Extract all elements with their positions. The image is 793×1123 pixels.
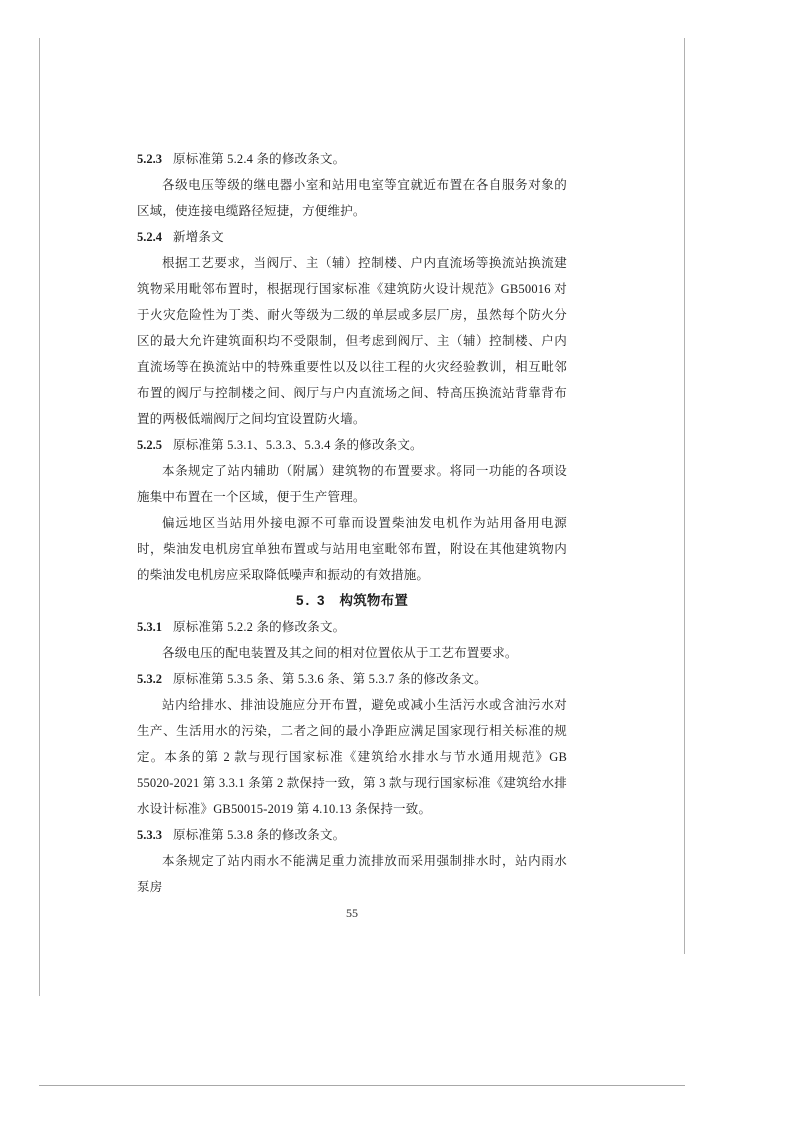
clause-5-2-4: 5.2.4新增条文: [137, 224, 567, 250]
paragraph-5-2-5-body-2: 偏远地区当站用外接电源不可靠而设置柴油发电机作为站用备用电源时，柴油发电机房宜单…: [137, 510, 567, 588]
section-heading-5-3-title: 构筑物布置: [340, 593, 409, 608]
scan-frame-bottom-line: [39, 1085, 685, 1086]
clause-5-3-3-number: 5.3.3: [137, 828, 162, 842]
clause-5-2-3: 5.2.3原标准第 5.2.4 条的修改条文。: [137, 146, 567, 172]
page-content: 5.2.3原标准第 5.2.4 条的修改条文。 各级电压等级的继电器小室和站用电…: [137, 146, 567, 926]
clause-5-2-3-title: 原标准第 5.2.4 条的修改条文。: [173, 152, 345, 166]
paragraph-5-2-3-body: 各级电压等级的继电器小室和站用电室等宜就近布置在各自服务对象的区域，使连接电缆路…: [137, 172, 567, 224]
clause-5-2-5: 5.2.5原标准第 5.3.1、5.3.3、5.3.4 条的修改条文。: [137, 432, 567, 458]
clause-5-3-1-number: 5.3.1: [137, 620, 162, 634]
paragraph-5-3-1-body: 各级电压的配电装置及其之间的相对位置依从于工艺布置要求。: [137, 640, 567, 666]
clause-5-3-2-title: 原标准第 5.3.5 条、第 5.3.6 条、第 5.3.7 条的修改条文。: [173, 672, 487, 686]
clause-5-3-3: 5.3.3原标准第 5.3.8 条的修改条文。: [137, 822, 567, 848]
clause-5-3-1: 5.3.1原标准第 5.2.2 条的修改条文。: [137, 614, 567, 640]
section-heading-5-3: 5. 3构筑物布置: [137, 588, 567, 614]
paragraph-5-3-2-body: 站内给排水、排油设施应分开布置，避免或减小生活污水或含油污水对生产、生活用水的污…: [137, 692, 567, 822]
scan-frame-right-line: [684, 38, 685, 954]
paragraph-5-3-3-body: 本条规定了站内雨水不能满足重力流排放而采用强制排水时，站内雨水泵房: [137, 848, 567, 900]
clause-5-3-1-title: 原标准第 5.2.2 条的修改条文。: [173, 620, 345, 634]
page-number: 55: [137, 900, 567, 926]
clause-5-2-5-number: 5.2.5: [137, 438, 162, 452]
clause-5-2-5-title: 原标准第 5.3.1、5.3.3、5.3.4 条的修改条文。: [173, 438, 423, 452]
section-heading-5-3-number: 5. 3: [296, 593, 327, 608]
clause-5-2-4-number: 5.2.4: [137, 230, 162, 244]
paragraph-5-2-4-body: 根据工艺要求，当阀厅、主（辅）控制楼、户内直流场等换流站换流建筑物采用毗邻布置时…: [137, 250, 567, 432]
clause-5-2-4-title: 新增条文: [173, 230, 224, 244]
clause-5-3-2: 5.3.2原标准第 5.3.5 条、第 5.3.6 条、第 5.3.7 条的修改…: [137, 666, 567, 692]
clause-5-3-3-title: 原标准第 5.3.8 条的修改条文。: [173, 828, 345, 842]
scan-frame-left-line: [39, 38, 40, 996]
clause-5-2-3-number: 5.2.3: [137, 152, 162, 166]
paragraph-5-2-5-body-1: 本条规定了站内辅助（附属）建筑物的布置要求。将同一功能的各项设施集中布置在一个区…: [137, 458, 567, 510]
clause-5-3-2-number: 5.3.2: [137, 672, 162, 686]
